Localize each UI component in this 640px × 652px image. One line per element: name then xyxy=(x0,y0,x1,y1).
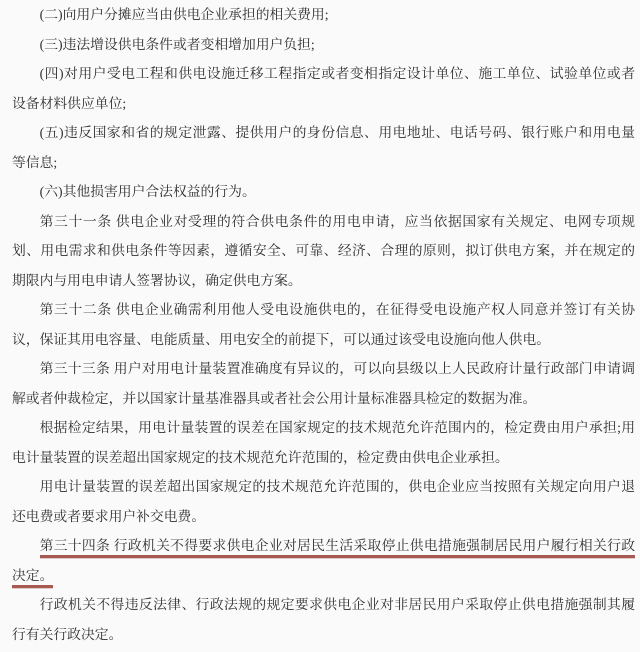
line-text: 划、用电需求和供电条件等因素，遵循安全、可靠、经济、合理的原则，拟订供电方案，并… xyxy=(12,243,635,258)
text-line: (六)其他损害用户合法权益的行为。 xyxy=(12,177,635,207)
text-line: 第三十二条 供电企业确需利用他人受电设施供电的，在征得受电设施产权人同意并签订有… xyxy=(12,295,635,325)
paragraph: 用电计量装置的误差超出国家规定的技术规范允许范围的，供电企业应当按照有关规定向用… xyxy=(12,472,635,531)
line-text: 第三十二条 供电企业确需利用他人受电设施供电的，在征得受电设施产权人同意并签订有… xyxy=(40,302,635,317)
line-text: (二)向用户分摊应当由供电企业承担的相关费用; xyxy=(40,7,329,22)
line-text: 第三十一条 供电企业对受理的符合供电条件的用电申请，应当依据国家有关规定、电网专… xyxy=(40,214,635,229)
text-line: 等信息; xyxy=(12,148,635,178)
line-text: 解或者仲裁检定，并以国家计量基准器具或者社会公用计量标准器具检定的数据为准。 xyxy=(12,391,536,406)
text-line: 划、用电需求和供电条件等因素，遵循安全、可靠、经济、合理的原则，拟订供电方案，并… xyxy=(12,236,635,266)
text-line: 还电费或者要求用户补交电费。 xyxy=(12,502,635,532)
line-text: 行有关行政决定。 xyxy=(12,627,122,642)
line-text: 用电计量装置的误差超出国家规定的技术规范允许范围的，供电企业应当按照有关规定向用… xyxy=(40,479,635,494)
red-underline-annotated-text: 决定。 xyxy=(12,568,53,588)
text-line: 第三十三条 用户对用电计量装置准确度有异议的，可以向县级以上人民政府计量行政部门… xyxy=(12,354,635,384)
text-line: (四)对用户受电工程和供电设施迁移工程指定或者变相指定设计单位、施工单位、试验单… xyxy=(12,59,635,89)
red-underline-annotated-text: 第三十四条 行政机关不得要求供电企业对居民生活采取停止供电措施强制居民用户履行相… xyxy=(40,538,635,558)
line-text: (三)违法增设供电条件或者变相增加用户负担; xyxy=(40,37,315,52)
legal-document: (二)向用户分摊应当由供电企业承担的相关费用;(三)违法增设供电条件或者变相增加… xyxy=(0,0,640,649)
paragraph-underlined: 第三十四条 行政机关不得要求供电企业对居民生活采取停止供电措施强制居民用户履行相… xyxy=(12,531,635,590)
line-text: (四)对用户受电工程和供电设施迁移工程指定或者变相指定设计单位、施工单位、试验单… xyxy=(40,66,635,81)
line-text: 等信息; xyxy=(12,155,57,170)
text-line: (三)违法增设供电条件或者变相增加用户负担; xyxy=(12,30,635,60)
paragraph: 行政机关不得违反法律、行政法规的规定要求供电企业对非居民用户采取停止供电措施强制… xyxy=(12,590,635,649)
paragraph: 第三十三条 用户对用电计量装置准确度有异议的，可以向县级以上人民政府计量行政部门… xyxy=(12,354,635,413)
line-text: 还电费或者要求用户补交电费。 xyxy=(12,509,205,524)
paragraph: (五)违反国家和省的规定泄露、提供用户的身份信息、用电地址、电话号码、银行账户和… xyxy=(12,118,635,177)
paragraph: (二)向用户分摊应当由供电企业承担的相关费用; xyxy=(12,0,635,30)
line-text: 行政机关不得违反法律、行政法规的规定要求供电企业对非居民用户采取停止供电措施强制… xyxy=(40,597,635,612)
paragraph: (六)其他损害用户合法权益的行为。 xyxy=(12,177,635,207)
line-text: 设备材料供应单位; xyxy=(12,96,126,111)
text-line: 根据检定结果，用电计量装置的误差在国家规定的技术规范允许范围内的，检定费由用户承… xyxy=(12,413,635,443)
paragraph: (四)对用户受电工程和供电设施迁移工程指定或者变相指定设计单位、施工单位、试验单… xyxy=(12,59,635,118)
text-line: 第三十一条 供电企业对受理的符合供电条件的用电申请，应当依据国家有关规定、电网专… xyxy=(12,207,635,237)
text-line: 第三十四条 行政机关不得要求供电企业对居民生活采取停止供电措施强制居民用户履行相… xyxy=(12,531,635,561)
text-line: (二)向用户分摊应当由供电企业承担的相关费用; xyxy=(12,0,635,30)
text-line: 议，保证其用电容量、电能质量、用电安全的前提下，可以通过该受电设施向他人供电。 xyxy=(12,325,635,355)
line-text: 议，保证其用电容量、电能质量、用电安全的前提下，可以通过该受电设施向他人供电。 xyxy=(12,332,550,347)
text-line: (五)违反国家和省的规定泄露、提供用户的身份信息、用电地址、电话号码、银行账户和… xyxy=(12,118,635,148)
text-line: 电计量装置的误差超出国家规定的技术规范允许范围的，检定费由供电企业承担。 xyxy=(12,443,635,473)
paragraph: 第三十一条 供电企业对受理的符合供电条件的用电申请，应当依据国家有关规定、电网专… xyxy=(12,207,635,296)
text-line: 设备材料供应单位; xyxy=(12,89,635,119)
text-line: 行政机关不得违反法律、行政法规的规定要求供电企业对非居民用户采取停止供电措施强制… xyxy=(12,590,635,620)
line-text: (六)其他损害用户合法权益的行为。 xyxy=(40,184,256,199)
paragraph: 根据检定结果，用电计量装置的误差在国家规定的技术规范允许范围内的，检定费由用户承… xyxy=(12,413,635,472)
paragraph: (三)违法增设供电条件或者变相增加用户负担; xyxy=(12,30,635,60)
text-line: 解或者仲裁检定，并以国家计量基准器具或者社会公用计量标准器具检定的数据为准。 xyxy=(12,384,635,414)
text-line: 期限内与用电申请人签署协议，确定供电方案。 xyxy=(12,266,635,296)
text-line: 行有关行政决定。 xyxy=(12,620,635,650)
line-text: 根据检定结果，用电计量装置的误差在国家规定的技术规范允许范围内的，检定费由用户承… xyxy=(40,420,635,435)
text-line: 决定。 xyxy=(12,561,635,591)
line-text: (五)违反国家和省的规定泄露、提供用户的身份信息、用电地址、电话号码、银行账户和… xyxy=(40,125,635,140)
line-text: 电计量装置的误差超出国家规定的技术规范允许范围的，检定费由供电企业承担。 xyxy=(12,450,509,465)
text-line: 用电计量装置的误差超出国家规定的技术规范允许范围的，供电企业应当按照有关规定向用… xyxy=(12,472,635,502)
line-text: 第三十三条 用户对用电计量装置准确度有异议的，可以向县级以上人民政府计量行政部门… xyxy=(40,361,635,376)
line-text: 期限内与用电申请人签署协议，确定供电方案。 xyxy=(12,273,302,288)
paragraph: 第三十二条 供电企业确需利用他人受电设施供电的，在征得受电设施产权人同意并签订有… xyxy=(12,295,635,354)
